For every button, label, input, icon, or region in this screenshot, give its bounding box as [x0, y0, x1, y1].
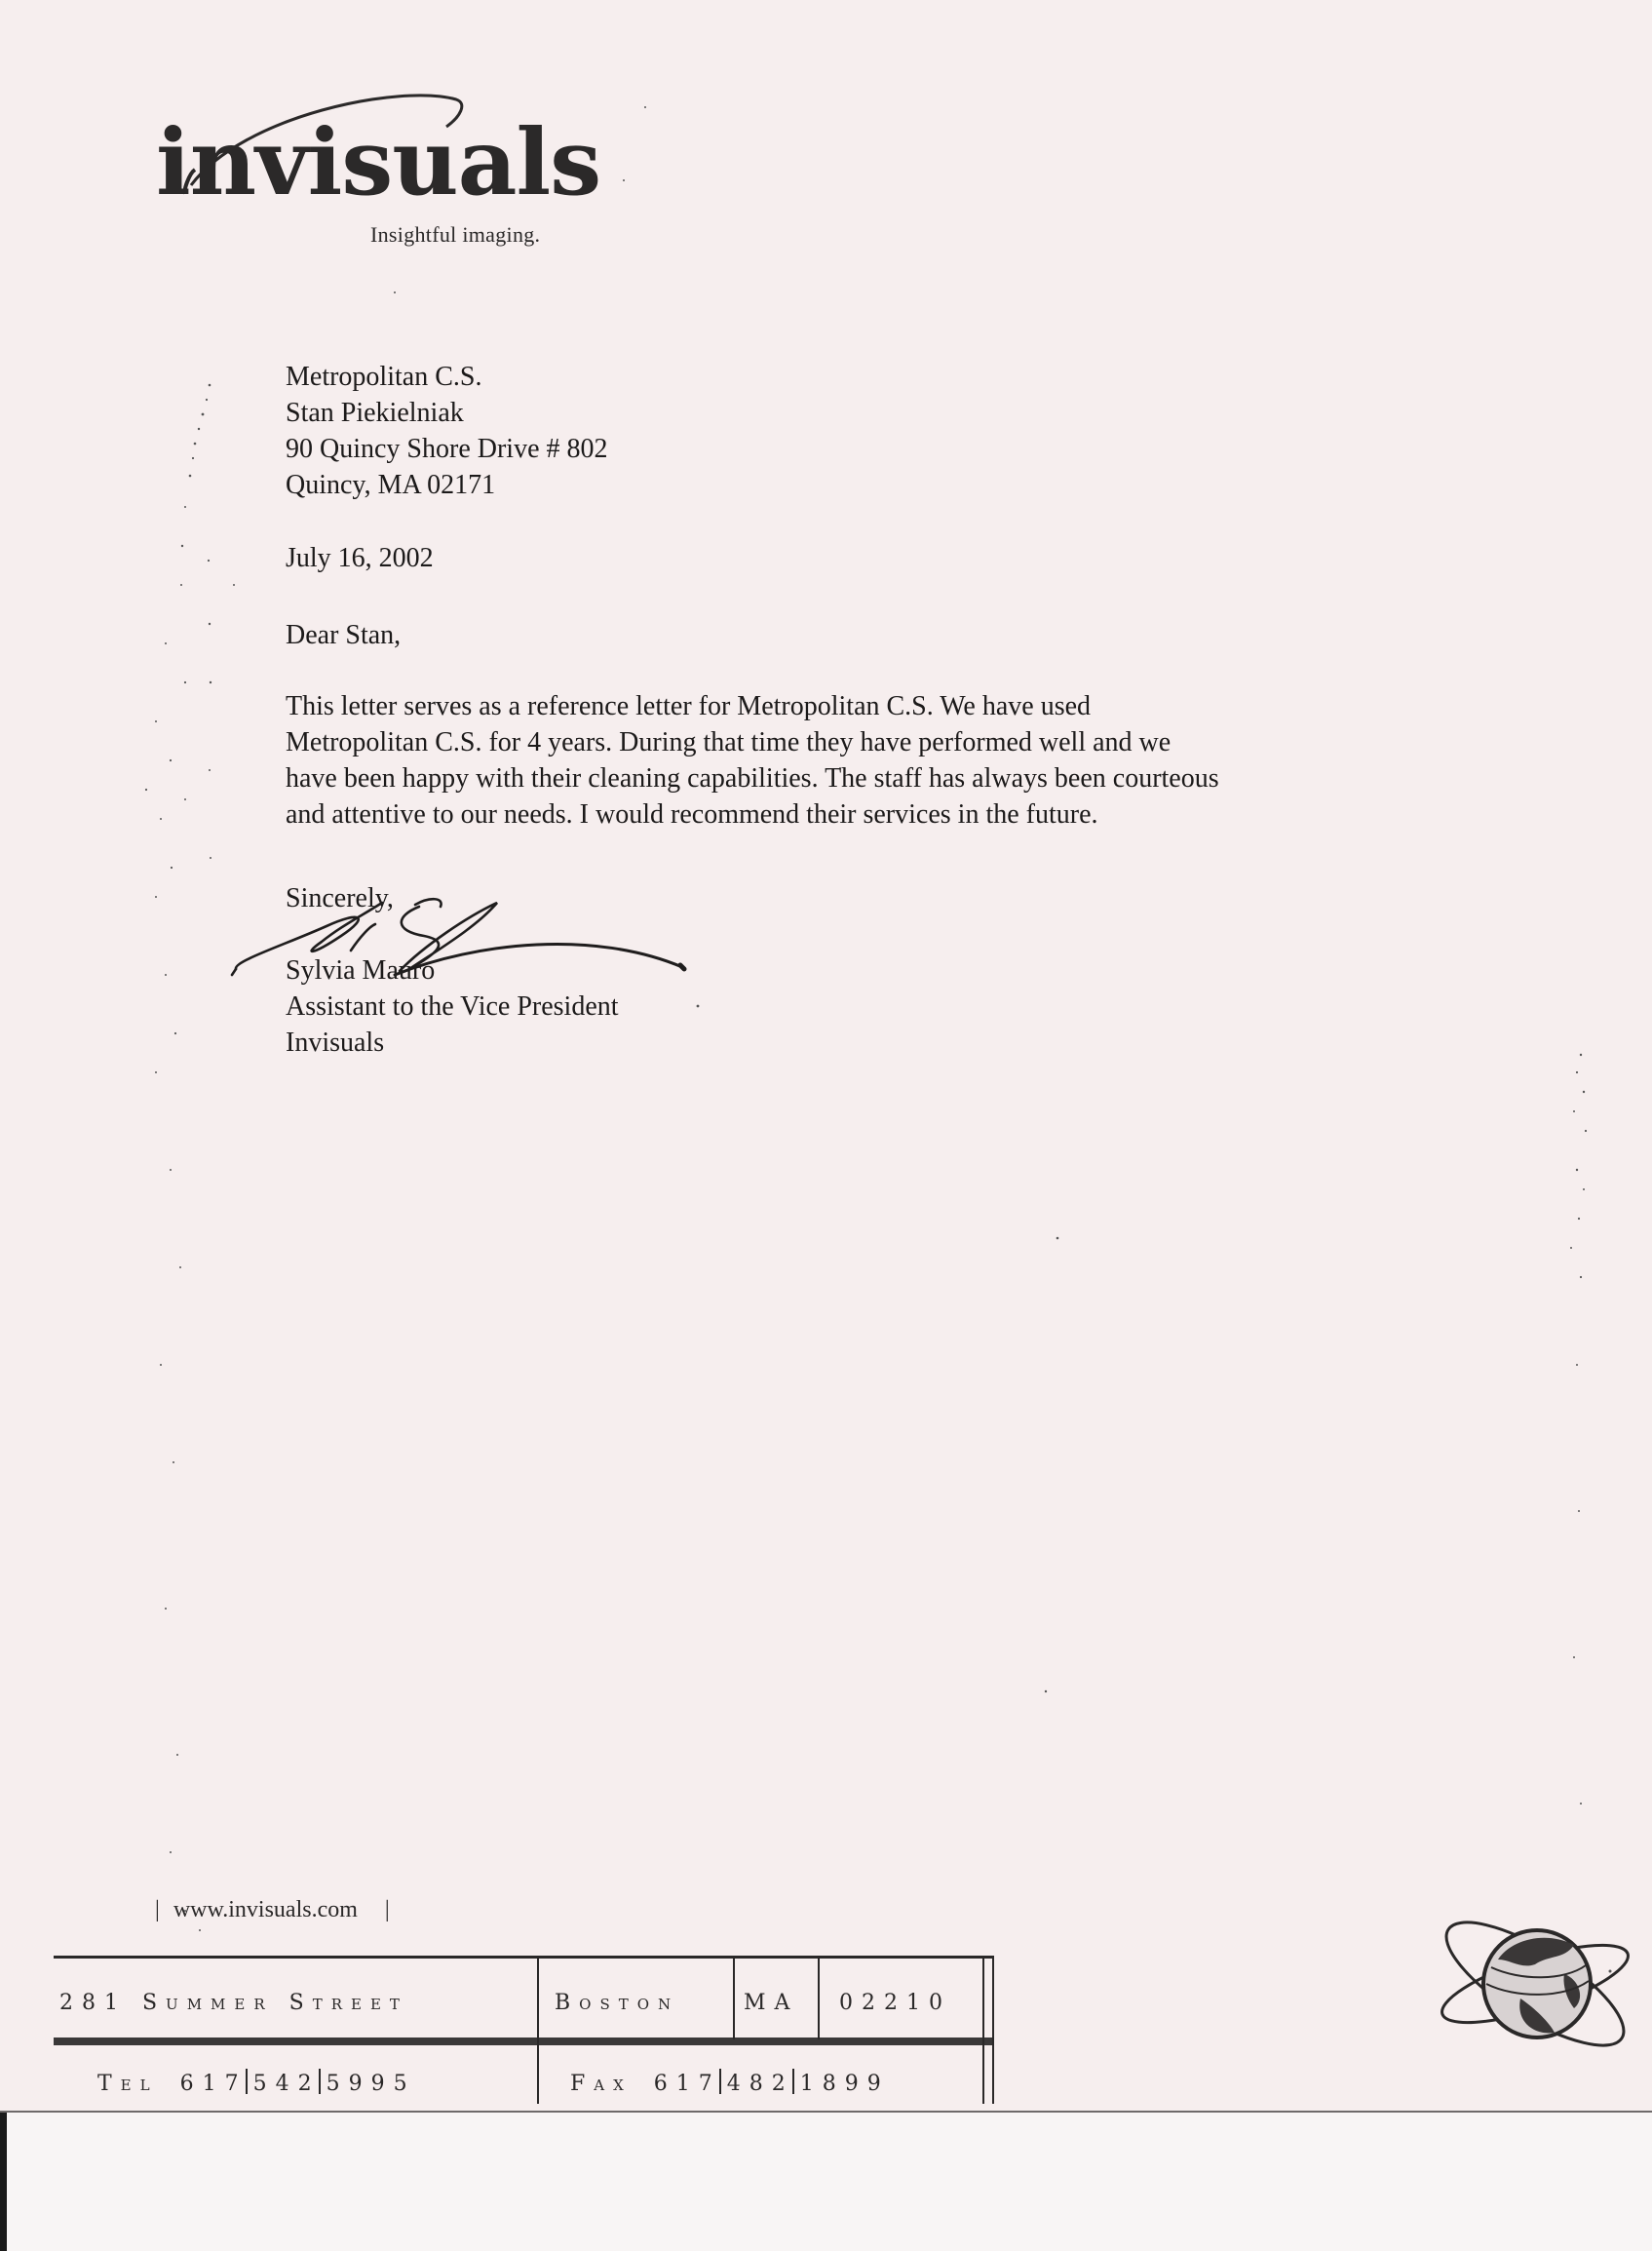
footer-contact-table: 281 Summer Street Boston MA 02210 Tel 61… — [54, 1956, 994, 2108]
scanner-edge — [0, 2113, 7, 2251]
recipient-company: Metropolitan C.S. — [286, 359, 608, 395]
fax-label: Fax — [570, 2072, 633, 2096]
letter-page: invisuals Insightful imaging. Metropolit… — [0, 0, 1652, 2113]
tel-label: Tel — [97, 2072, 159, 2096]
divider — [818, 1956, 820, 2039]
footer-fax: Fax 6174821899 — [570, 2069, 890, 2096]
fax-line: 1899 — [800, 2072, 890, 2096]
letter-date: July 16, 2002 — [286, 540, 434, 576]
logo-tagline: Insightful imaging. — [370, 222, 540, 248]
divider — [992, 1956, 994, 2104]
company-logo: invisuals Insightful imaging. — [156, 76, 585, 261]
divider: | — [385, 1897, 390, 1923]
logo-wordmark: invisuals — [156, 117, 600, 209]
fax-area: 617 — [654, 2072, 721, 2096]
website-line: |www.invisuals.com| — [141, 1897, 403, 1923]
scan-noise — [0, 0, 1652, 2111]
footer-street: 281 Summer Street — [59, 1991, 408, 2015]
scanner-background — [0, 2113, 1652, 2251]
divider — [54, 2038, 994, 2045]
signer-company: Invisuals — [286, 1025, 619, 1061]
divider — [54, 1956, 994, 1959]
tel-area: 617 — [180, 2072, 248, 2096]
body-line: have been happy with their cleaning capa… — [286, 760, 1406, 796]
divider — [537, 1956, 539, 2104]
salutation: Dear Stan, — [286, 617, 401, 653]
body-line: Metropolitan C.S. for 4 years. During th… — [286, 724, 1406, 760]
tel-line: 5995 — [327, 2072, 416, 2096]
body-line: and attentive to our needs. I would reco… — [286, 796, 1406, 833]
divider — [733, 1956, 735, 2039]
recipient-street: 90 Quincy Shore Drive # 802 — [286, 431, 608, 467]
globe-orbit-icon — [1428, 1891, 1633, 2076]
footer-state: MA — [744, 1991, 798, 2015]
footer-phone: Tel 6175425995 — [97, 2069, 416, 2096]
footer-city: Boston — [555, 1991, 679, 2015]
handwritten-signature — [224, 877, 711, 994]
recipient-city: Quincy, MA 02171 — [286, 467, 608, 503]
divider: | — [155, 1897, 160, 1923]
recipient-name: Stan Piekielniak — [286, 395, 608, 431]
website-link[interactable]: www.invisuals.com — [173, 1897, 358, 1922]
recipient-address: Metropolitan C.S. Stan Piekielniak 90 Qu… — [286, 359, 608, 503]
fax-prefix: 482 — [727, 2072, 794, 2096]
body-line: This letter serves as a reference letter… — [286, 688, 1406, 724]
tel-prefix: 542 — [253, 2072, 321, 2096]
divider — [982, 1956, 984, 2104]
letter-body: This letter serves as a reference letter… — [286, 688, 1406, 833]
footer-zip: 02210 — [839, 1991, 951, 2015]
